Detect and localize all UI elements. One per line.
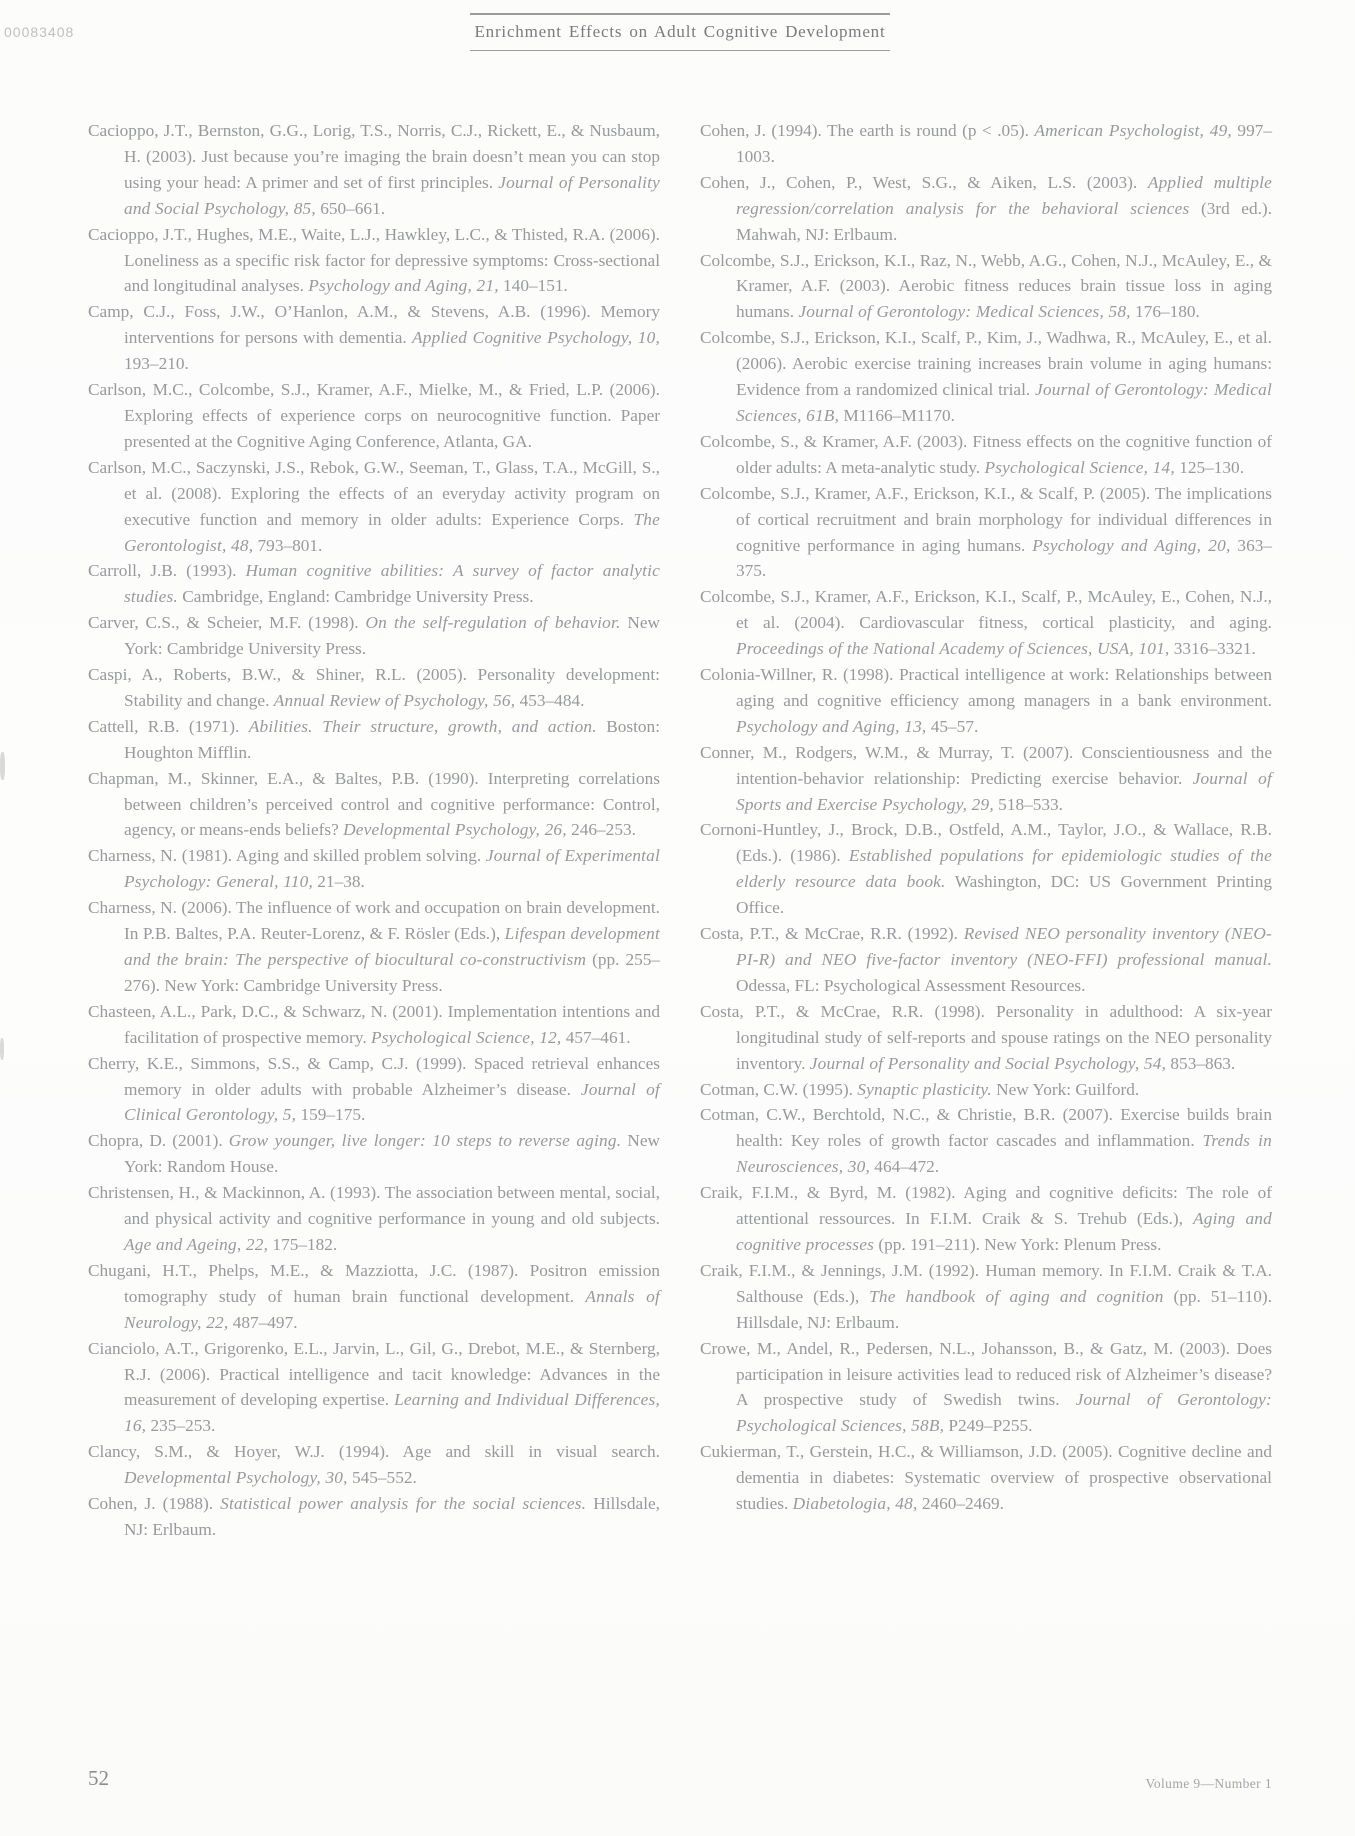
- reference-entry: Clancy, S.M., & Hoyer, W.J. (1994). Age …: [88, 1439, 660, 1491]
- reference-entry: Colcombe, S.J., Kramer, A.F., Erickson, …: [700, 481, 1272, 585]
- reference-entry: Christensen, H., & Mackinnon, A. (1993).…: [88, 1180, 660, 1258]
- reference-entry: Cohen, J., Cohen, P., West, S.G., & Aike…: [700, 170, 1272, 248]
- reference-entry: Colcombe, S.J., Kramer, A.F., Erickson, …: [700, 584, 1272, 662]
- running-head: Enrichment Effects on Adult Cognitive De…: [470, 13, 890, 51]
- reference-entry: Craik, F.I.M., & Byrd, M. (1982). Aging …: [700, 1180, 1272, 1258]
- reference-entry: Chugani, H.T., Phelps, M.E., & Mazziotta…: [88, 1258, 660, 1336]
- journal-page: 00083408 Enrichment Effects on Adult Cog…: [0, 0, 1355, 1836]
- reference-entry: Carroll, J.B. (1993). Human cognitive ab…: [88, 558, 660, 610]
- reference-entry: Cohen, J. (1994). The earth is round (p …: [700, 118, 1272, 170]
- reference-entry: Cattell, R.B. (1971). Abilities. Their s…: [88, 714, 660, 766]
- reference-entry: Charness, N. (1981). Aging and skilled p…: [88, 843, 660, 895]
- reference-entry: Charness, N. (2006). The influence of wo…: [88, 895, 660, 999]
- reference-entry: Cohen, J. (1988). Statistical power anal…: [88, 1491, 660, 1543]
- scan-artifact: [0, 1038, 4, 1060]
- page-number: 52: [88, 1766, 109, 1791]
- scan-artifact: [0, 752, 5, 780]
- reference-entry: Cotman, C.W., Berchtold, N.C., & Christi…: [700, 1102, 1272, 1180]
- references-column-right: Cohen, J. (1994). The earth is round (p …: [700, 118, 1272, 1517]
- reference-entry: Cacioppo, J.T., Hughes, M.E., Waite, L.J…: [88, 222, 660, 300]
- reference-entry: Colcombe, S., & Kramer, A.F. (2003). Fit…: [700, 429, 1272, 481]
- reference-entry: Caspi, A., Roberts, B.W., & Shiner, R.L.…: [88, 662, 660, 714]
- reference-entry: Cornoni-Huntley, J., Brock, D.B., Ostfel…: [700, 817, 1272, 921]
- reference-entry: Colcombe, S.J., Erickson, K.I., Raz, N.,…: [700, 248, 1272, 326]
- reference-entry: Carver, C.S., & Scheier, M.F. (1998). On…: [88, 610, 660, 662]
- reference-entry: Carlson, M.C., Saczynski, J.S., Rebok, G…: [88, 455, 660, 559]
- reference-entry: Cherry, K.E., Simmons, S.S., & Camp, C.J…: [88, 1051, 660, 1129]
- reference-entry: Conner, M., Rodgers, W.M., & Murray, T. …: [700, 740, 1272, 818]
- reference-entry: Colcombe, S.J., Erickson, K.I., Scalf, P…: [700, 325, 1272, 429]
- reference-entry: Colonia-Willner, R. (1998). Practical in…: [700, 662, 1272, 740]
- reference-entry: Camp, C.J., Foss, J.W., O’Hanlon, A.M., …: [88, 299, 660, 377]
- scan-id-stamp: 00083408: [4, 24, 74, 40]
- reference-entry: Crowe, M., Andel, R., Pedersen, N.L., Jo…: [700, 1336, 1272, 1440]
- references-column-left: Cacioppo, J.T., Bernston, G.G., Lorig, T…: [88, 118, 660, 1543]
- reference-entry: Carlson, M.C., Colcombe, S.J., Kramer, A…: [88, 377, 660, 455]
- reference-entry: Cacioppo, J.T., Bernston, G.G., Lorig, T…: [88, 118, 660, 222]
- reference-entry: Cotman, C.W. (1995). Synaptic plasticity…: [700, 1077, 1272, 1103]
- reference-entry: Chasteen, A.L., Park, D.C., & Schwarz, N…: [88, 999, 660, 1051]
- reference-entry: Chopra, D. (2001). Grow younger, live lo…: [88, 1128, 660, 1180]
- reference-entry: Costa, P.T., & McCrae, R.R. (1998). Pers…: [700, 999, 1272, 1077]
- reference-entry: Cianciolo, A.T., Grigorenko, E.L., Jarvi…: [88, 1336, 660, 1440]
- volume-info: Volume 9—Number 1: [972, 1776, 1272, 1792]
- reference-entry: Cukierman, T., Gerstein, H.C., & William…: [700, 1439, 1272, 1517]
- running-head-title: Enrichment Effects on Adult Cognitive De…: [474, 22, 885, 41]
- reference-entry: Craik, F.I.M., & Jennings, J.M. (1992). …: [700, 1258, 1272, 1336]
- reference-entry: Costa, P.T., & McCrae, R.R. (1992). Revi…: [700, 921, 1272, 999]
- reference-entry: Chapman, M., Skinner, E.A., & Baltes, P.…: [88, 766, 660, 844]
